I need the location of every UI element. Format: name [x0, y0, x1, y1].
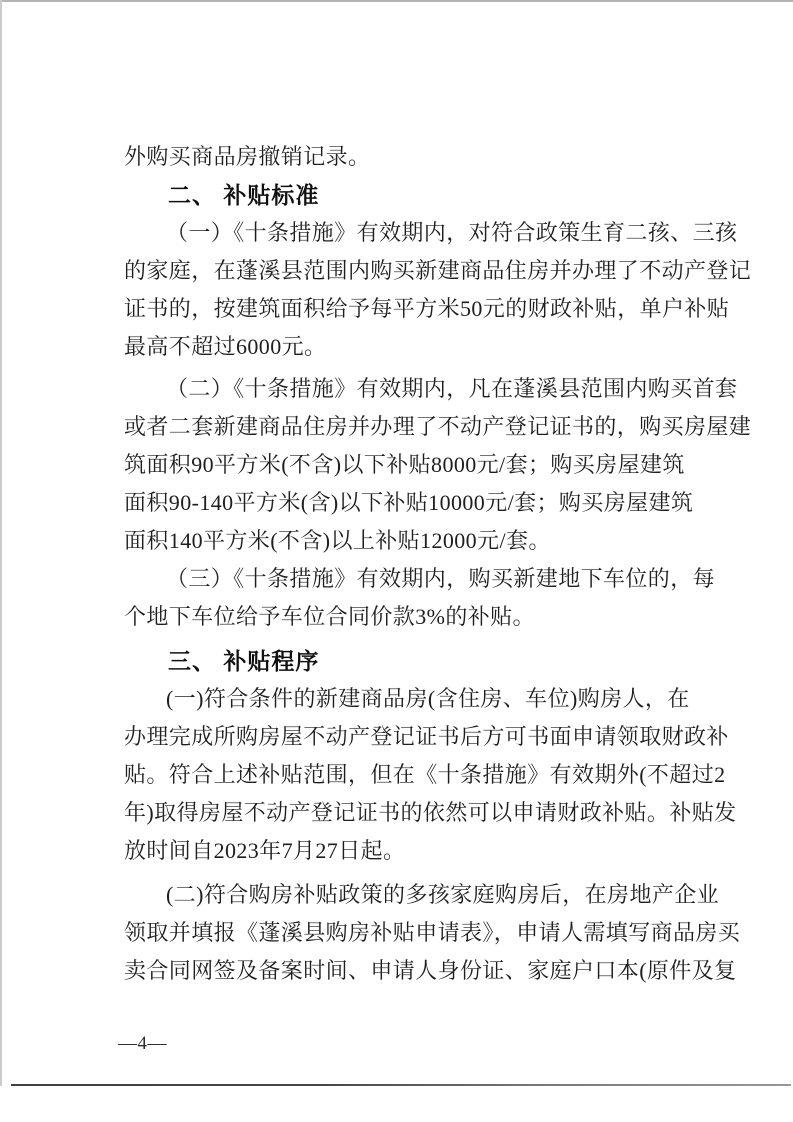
text-line: 面积140平方米(不含)以上补贴12000元/套。: [124, 522, 746, 560]
section-heading: 三、 补贴程序: [124, 642, 746, 680]
text-line: （一）《十条措施》有效期内，对符合政策生育二孩、三孩: [124, 214, 746, 252]
text-line: 贴。符合上述补贴范围，但在《十条措施》有效期外(不超过2: [124, 756, 746, 794]
text-line: 年)取得房屋不动产登记证书的依然可以申请财政补贴。补贴发: [124, 794, 746, 832]
text-line: 领取并填报《蓬溪县购房补贴申请表》，申请人需填写商品房买: [124, 914, 746, 952]
text-line: 证书的，按建筑面积给予每平方米50元的财政补贴，单户补贴: [124, 290, 746, 328]
scan-bottom-rule: [11, 1084, 791, 1086]
text-line: 面积90-140平方米(含)以下补贴10000元/套；购买房屋建筑: [124, 484, 746, 522]
scan-edge-left: [0, 0, 2, 1086]
text-line: 最高不超过6000元。: [124, 328, 746, 366]
page-number: —4—: [118, 1033, 167, 1055]
section-heading: 二、 补贴标准: [124, 176, 746, 214]
text-line: （二）《十条措施》有效期内，凡在蓬溪县范围内购买首套: [124, 370, 746, 408]
text-line: 卖合同网签及备案时间、申请人身份证、家庭户口本(原件及复: [124, 952, 746, 990]
text-line: 外购买商品房撤销记录。: [124, 138, 746, 176]
text-line: （三）《十条措施》有效期内，购买新建地下车位的，每: [124, 560, 746, 598]
text-line: (一)符合条件的新建商品房(含住房、车位)购房人，在: [124, 680, 746, 718]
text-line: 的家庭，在蓬溪县范围内购买新建商品住房并办理了不动产登记: [124, 252, 746, 290]
text-line: 办理完成所购房屋不动产登记证书后方可书面申请领取财政补: [124, 718, 746, 756]
text-line: 筑面积90平方米(不含)以下补贴8000元/套；购买房屋建筑: [124, 446, 746, 484]
scan-edge-top: [0, 0, 793, 2]
document-body: 外购买商品房撤销记录。 二、 补贴标准 （一）《十条措施》有效期内，对符合政策生…: [124, 138, 746, 990]
text-line: (二)符合购房补贴政策的多孩家庭购房后，在房地产企业: [124, 876, 746, 914]
text-line: 放时间自2023年7月27日起。: [124, 832, 746, 870]
text-line: 个地下车位给予车位合同价款3%的补贴。: [124, 598, 746, 636]
text-line: 或者二套新建商品住房并办理了不动产登记证书的，购买房屋建: [124, 408, 746, 446]
